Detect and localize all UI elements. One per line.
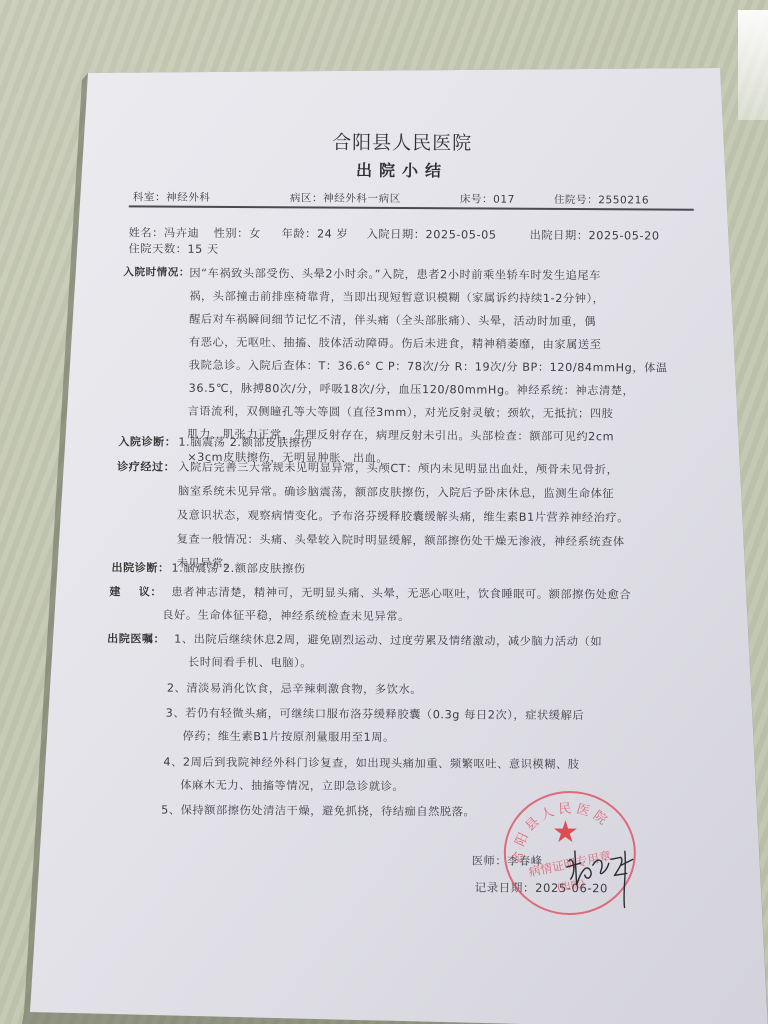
advice-line: 良好。生命体征平稳，神经系统检查未见异常。 [162, 607, 410, 625]
discharge-date: 出院日期：2025-05-20 [530, 227, 660, 244]
admission-diagnosis: 1.脑震荡 2.额部皮肤擦伤 [178, 434, 312, 451]
stay-days: 住院天数：15 天 [128, 240, 218, 257]
patient-gender: 性别：女 [214, 225, 261, 241]
admission-condition-line: 有恶心，无呕吐、抽搐、肢体活动障碍。伤后未进食，精神稍萎靡，由家属送至 [189, 334, 602, 353]
order-item-5: 5、保持额部擦伤处清洁干燥，避免抓挠，待结痂自然脱落。 [161, 802, 475, 820]
discharge-summary: 合阳县人民医院 出院小结 科室：神经外科 病区：神经外科一病区 床号：017 住… [0, 0, 768, 1024]
ward: 病区：神经外科一病区 [290, 190, 401, 206]
order-item-4: 4、2周后到我院神经外科门诊复查，如出现头痛加重、频繁呕吐、意识模糊、肢 [163, 754, 579, 773]
order-item-1: 1、出院后继续休息2周，避免剧烈运动、过度劳累及情绪激动，减少脑力活动（如 [174, 631, 602, 650]
admission-condition-label: 入院时情况： [123, 264, 190, 279]
admission-condition-line: 因“车祸致头部受伤、头晕2小时余。”入院，患者2小时前乘坐轿车时发生追尾车 [189, 265, 601, 284]
discharge-orders-label: 出院医嘱： [107, 630, 165, 646]
doctor-signature [562, 841, 642, 911]
advice-line: 患者神志清楚，精神可，无明显头痛、头晕，无恶心呕吐，饮食睡眠可。额部擦伤处愈合 [171, 584, 631, 603]
treatment-course-line: 复查一般情况：头痛、头晕较入院时明显缓解，额部擦伤处干燥无渗液，神经系统查体 [177, 531, 625, 550]
treatment-course-line: 脑室系统未见异常。确诊脑震荡，额部皮肤擦伤，入院后予卧床休息，监测生命体征 [178, 483, 614, 502]
order-item-4-cont: 体麻木无力、抽搐等情况，立即急诊就诊。 [180, 777, 404, 794]
admission-condition-line: 36.5℃，脉搏80次/分，呼吸18次/分，血压120/80mmHg。神经系统：… [189, 380, 635, 399]
treatment-course-label: 诊疗经过： [117, 458, 175, 474]
order-item-3-cont: 停药；维生素B1片按原剂量服用至1周。 [183, 728, 395, 745]
hospital-name: 合阳县人民医院 [2, 126, 768, 158]
advice-label: 建 议： [109, 583, 162, 599]
admission-number: 住院号：2550216 [554, 192, 649, 208]
department: 科室：神经外科 [133, 189, 211, 204]
admit-date: 入院日期：2025-05-05 [367, 226, 497, 243]
admission-condition-line: 我院急诊。入院后查体：T：36.6° C P：78次/分 R：19次/分 BP：… [189, 357, 668, 376]
treatment-course-line: 及意识状态，观察病情变化。予布洛芬缓释胶囊缓解头痛，维生素B1片营养神经治疗。 [177, 507, 629, 526]
admission-diagnosis-label: 入院诊断： [118, 433, 176, 449]
document-title: 出院小结 [2, 156, 768, 184]
treatment-course-line: 入院后完善三大常规未见明显异常，头颅CT：颅内未见明显出血灶，颅骨未见骨折， [178, 459, 618, 478]
discharge-diagnosis-label: 出院诊断： [112, 559, 170, 575]
admission-condition-line: 醒后对车祸瞬间细节记忆不清，伴头痛（全头部胀痛）、头晕，活动时加重，偶 [189, 311, 596, 329]
order-item-3: 3、若仍有轻微头痛，可继续口服布洛芬缓释胶囊（0.3g 每日2次），症状缓解后 [166, 705, 585, 724]
admission-condition-line: 祸，头部撞击前排座椅靠背，当即出现短暂意识模糊（家属诉约持续1-2分钟）， [189, 288, 604, 307]
order-item-1-cont: 长时间看手机、电脑）。 [188, 654, 312, 671]
discharge-diagnosis: 1.脑震荡 2.额部皮肤擦伤 [172, 560, 306, 577]
order-item-2: 2、清淡易消化饮食，忌辛辣刺激食物，多饮水。 [167, 680, 422, 698]
admission-condition-line: 言语流利，双侧瞳孔等大等圆（直径3mm），对光反射灵敏；颈软，无抵抗；四肢 [187, 403, 613, 422]
patient-name: 姓名：冯卉迪 [129, 224, 200, 240]
patient-age: 年龄：24 岁 [282, 225, 349, 241]
bed-number: 床号：017 [460, 191, 515, 206]
